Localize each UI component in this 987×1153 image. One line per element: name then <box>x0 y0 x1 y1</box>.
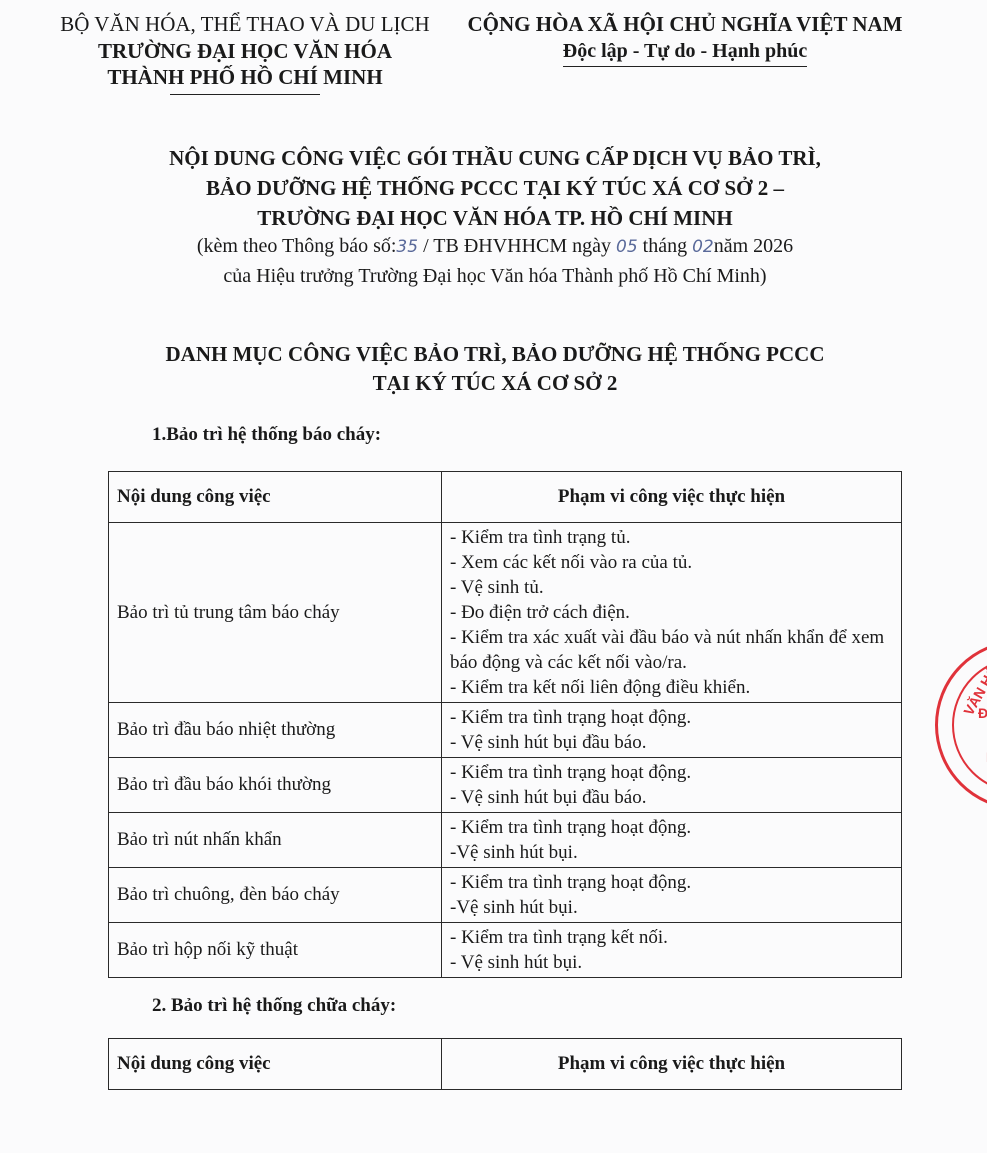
scope-item: - Kiểm tra tình trạng hoạt động. <box>450 760 893 785</box>
stamp-center-line1: ĐẠI <box>978 705 987 721</box>
country-name: CỘNG HÒA XÃ HỘI CHỦ NGHĨA VIỆT NAM <box>440 10 930 38</box>
scope-item: -Vệ sinh hút bụi. <box>450 895 893 920</box>
school-name-line1: TRƯỜNG ĐẠI HỌC VĂN HÓA <box>40 38 450 64</box>
document-title: NỘI DUNG CÔNG VIỆC GÓI THẦU CUNG CẤP DỊC… <box>60 143 930 233</box>
subtitle-month-label: tháng <box>638 235 692 257</box>
document-subtitle: (kèm theo Thông báo số:35 / TB ĐHVHHCM n… <box>60 232 930 291</box>
title-line2: BẢO DƯỠNG HỆ THỐNG PCCC TẠI KÝ TÚC XÁ CƠ… <box>60 173 930 203</box>
list-title-line2: TẠI KÝ TÚC XÁ CƠ SỞ 2 <box>60 369 930 398</box>
ministry-name: BỘ VĂN HÓA, THỂ THAO VÀ DU LỊCH <box>40 10 450 38</box>
school-name-line2: THÀNH PHỐ HỒ CHÍ MINH <box>40 64 450 90</box>
task-cell: Bảo trì nút nhấn khẩn <box>109 813 442 868</box>
official-red-stamp: VĂN HÓA T ĐẠI T H <box>935 640 987 810</box>
task-cell: Bảo trì đầu báo nhiệt thường <box>109 703 442 758</box>
table-row: Bảo trì đầu báo nhiệt thường- Kiểm tra t… <box>109 703 902 758</box>
column-header-task: Nội dung công việc <box>109 1039 442 1090</box>
column-header-scope: Phạm vi công việc thực hiện <box>442 472 902 523</box>
scope-item: - Kiểm tra tình trạng hoạt động. <box>450 870 893 895</box>
list-title: DANH MỤC CÔNG VIỆC BẢO TRÌ, BẢO DƯỠNG HỆ… <box>60 340 930 398</box>
national-motto: Độc lập - Tự do - Hạnh phúc <box>563 38 807 67</box>
handwritten-notice-number: 35 <box>396 237 418 257</box>
scope-item: - Kiểm tra tình trạng tủ. <box>450 525 893 550</box>
scope-item: - Kiểm tra tình trạng hoạt động. <box>450 705 893 730</box>
scope-cell: - Kiểm tra tình trạng hoạt động.- Vệ sin… <box>442 703 902 758</box>
scope-cell: - Kiểm tra tình trạng tủ.- Xem các kết n… <box>442 523 902 703</box>
scope-item: - Đo điện trở cách điện. <box>450 600 893 625</box>
task-cell: Bảo trì chuông, đèn báo cháy <box>109 868 442 923</box>
table-row: Bảo trì chuông, đèn báo cháy- Kiểm tra t… <box>109 868 902 923</box>
fire-alarm-maintenance-table: Nội dung công việc Phạm vi công việc thự… <box>108 471 902 978</box>
table-header-row: Nội dung công việc Phạm vi công việc thự… <box>109 1039 902 1090</box>
section1-heading: 1.Bảo trì hệ thống báo cháy: <box>152 424 381 446</box>
column-header-task: Nội dung công việc <box>109 472 442 523</box>
task-cell: Bảo trì hộp nối kỹ thuật <box>109 923 442 978</box>
handwritten-month: 02 <box>692 237 714 257</box>
table-row: Bảo trì nút nhấn khẩn- Kiểm tra tình trạ… <box>109 813 902 868</box>
scope-cell: - Kiểm tra tình trạng hoạt động.- Vệ sin… <box>442 758 902 813</box>
subtitle-year: năm 2026 <box>714 235 793 257</box>
issuer-underline <box>170 94 320 95</box>
subtitle-ref: / TB ĐHVHHCM ngày <box>418 235 616 257</box>
section2-heading: 2. Bảo trì hệ thống chữa cháy: <box>152 995 396 1017</box>
table-header-row: Nội dung công việc Phạm vi công việc thự… <box>109 472 902 523</box>
scope-item: - Xem các kết nối vào ra của tủ. <box>450 550 893 575</box>
task-cell: Bảo trì đầu báo khói thường <box>109 758 442 813</box>
table-row: Bảo trì hộp nối kỹ thuật- Kiểm tra tình … <box>109 923 902 978</box>
scope-item: - Vệ sinh hút bụi đầu báo. <box>450 785 893 810</box>
scope-item: - Kiểm tra xác xuất vài đầu báo và nút n… <box>450 625 893 675</box>
title-line3: TRƯỜNG ĐẠI HỌC VĂN HÓA TP. HỒ CHÍ MINH <box>60 203 930 233</box>
subtitle-prefix: (kèm theo Thông báo số: <box>197 235 397 257</box>
subtitle-line2: của Hiệu trưởng Trường Đại học Văn hóa T… <box>60 262 930 291</box>
column-header-scope: Phạm vi công việc thực hiện <box>442 1039 902 1090</box>
scope-cell: - Kiểm tra tình trạng hoạt động.-Vệ sinh… <box>442 813 902 868</box>
scope-item: - Vệ sinh hút bụi. <box>450 950 893 975</box>
national-header: CỘNG HÒA XÃ HỘI CHỦ NGHĨA VIỆT NAM Độc l… <box>440 10 930 67</box>
title-line1: NỘI DUNG CÔNG VIỆC GÓI THẦU CUNG CẤP DỊC… <box>60 143 930 173</box>
handwritten-day: 05 <box>616 237 638 257</box>
table-row: Bảo trì đầu báo khói thường- Kiểm tra tì… <box>109 758 902 813</box>
fire-fighting-maintenance-table: Nội dung công việc Phạm vi công việc thự… <box>108 1038 902 1090</box>
scope-cell: - Kiểm tra tình trạng hoạt động.-Vệ sinh… <box>442 868 902 923</box>
issuer-block: BỘ VĂN HÓA, THỂ THAO VÀ DU LỊCH TRƯỜNG Đ… <box>40 10 450 95</box>
scope-item: -Vệ sinh hút bụi. <box>450 840 893 865</box>
scope-item: - Kiểm tra tình trạng hoạt động. <box>450 815 893 840</box>
scope-item: - Vệ sinh tủ. <box>450 575 893 600</box>
list-title-line1: DANH MỤC CÔNG VIỆC BẢO TRÌ, BẢO DƯỠNG HỆ… <box>60 340 930 369</box>
scope-item: - Vệ sinh hút bụi đầu báo. <box>450 730 893 755</box>
task-cell: Bảo trì tủ trung tâm báo cháy <box>109 523 442 703</box>
scope-cell: - Kiểm tra tình trạng kết nối.- Vệ sinh … <box>442 923 902 978</box>
scope-item: - Kiểm tra kết nối liên động điều khiển. <box>450 675 893 700</box>
scope-item: - Kiểm tra tình trạng kết nối. <box>450 925 893 950</box>
table-row: Bảo trì tủ trung tâm báo cháy- Kiểm tra … <box>109 523 902 703</box>
